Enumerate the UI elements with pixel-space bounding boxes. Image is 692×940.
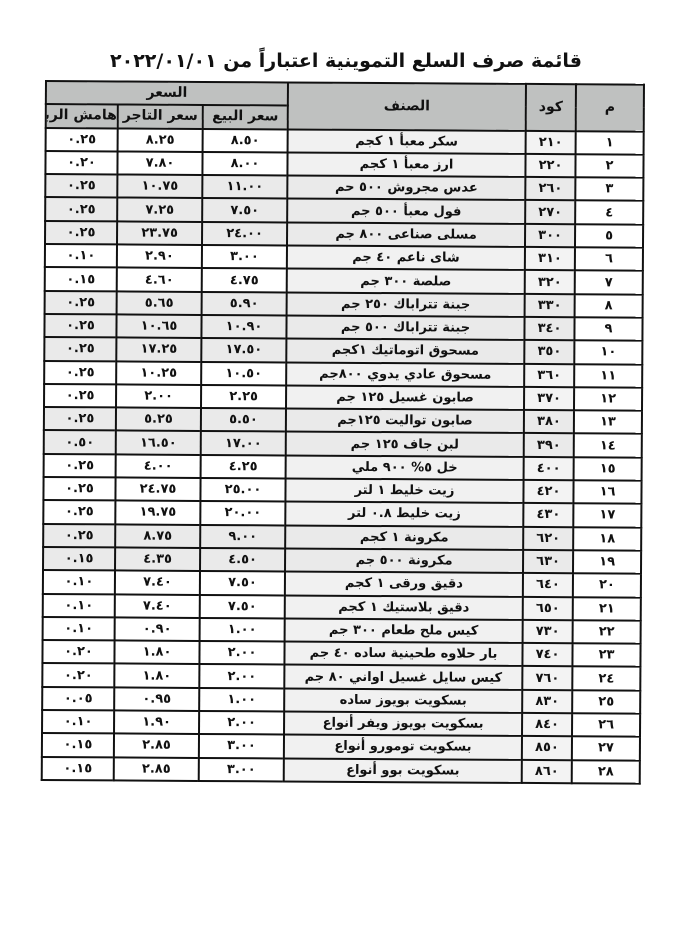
row-code: ٨٥٠	[522, 736, 572, 760]
row-trader-price: ٢.٠٠	[116, 384, 201, 408]
row-item-name: فول معبأ ٥٠٠ جم	[287, 199, 525, 224]
row-trader-price: ٤.٠٠	[116, 454, 201, 478]
row-item-name: زيت خليط ١ لتر	[285, 479, 523, 504]
row-index: ١٢	[574, 387, 642, 411]
row-index: ١٧	[573, 504, 641, 528]
row-index: ٥	[575, 224, 643, 248]
row-code: ٤٣٠	[523, 503, 573, 527]
row-index: ٤	[575, 201, 643, 225]
row-profit-margin: ٠.١٥	[45, 267, 117, 291]
row-profit-margin: ٠.٢٠	[42, 663, 114, 687]
row-profit-margin: ٠.١٠	[43, 594, 115, 618]
row-index: ٢٥	[572, 690, 640, 714]
header-index: م	[576, 84, 644, 131]
row-index: ١	[576, 131, 644, 155]
row-index: ١١	[574, 364, 642, 388]
row-item-name: مكرونة ٥٠٠ جم	[285, 548, 523, 573]
row-code: ٢١٠	[526, 131, 576, 155]
row-sell-price: ٧.٥٠	[202, 198, 287, 222]
row-trader-price: ١.٨٠	[114, 641, 199, 665]
row-trader-price: ٧.٤٠	[115, 571, 200, 595]
row-sell-price: ٢٠.٠٠	[200, 501, 285, 525]
row-item-name: بسكويت تومورو أنواع	[284, 735, 522, 760]
row-item-name: زيت خليط ٠.٨ لتر	[285, 502, 523, 527]
row-profit-margin: ٠.٢٥	[44, 361, 116, 385]
row-profit-margin: ٠.٢٥	[44, 337, 116, 361]
row-profit-margin: ٠.٢٥	[46, 128, 118, 152]
row-code: ٧٦٠	[522, 666, 572, 690]
row-code: ٣١٠	[525, 247, 575, 271]
row-sell-price: ٤.٥٠	[200, 548, 285, 572]
row-trader-price: ٧.٨٠	[117, 151, 202, 175]
row-profit-margin: ٠.٢٥	[45, 197, 117, 221]
header-trader-price: سعر التاجر	[118, 105, 203, 129]
row-code: ٢٢٠	[525, 154, 575, 178]
row-sell-price: ٢٥.٠٠	[200, 478, 285, 502]
row-trader-price: ٤.٦٠	[117, 268, 202, 292]
table-body: ١٢١٠سكر معبأ ١ كجم٨.٥٠٨.٢٥٠.٢٥٢٢٢٠ارز مع…	[42, 128, 644, 784]
row-code: ٧٤٠	[522, 643, 572, 667]
row-trader-price: ٥.٢٥	[116, 408, 201, 432]
row-sell-price: ٨.٠٠	[202, 152, 287, 176]
row-code: ٨٣٠	[522, 690, 572, 714]
row-profit-margin: ٠.١٥	[43, 547, 115, 571]
row-sell-price: ٣.٠٠	[199, 758, 284, 782]
row-trader-price: ٢.٩٠	[117, 245, 202, 269]
row-profit-margin: ٠.٢٥	[43, 477, 115, 501]
row-sell-price: ١.٠٠	[199, 688, 284, 712]
row-trader-price: ١.٩٠	[114, 710, 199, 734]
table-row: ٢٨٨٦٠بسكويت بوو أنواع٣.٠٠٢.٨٥٠.١٥	[42, 757, 640, 784]
row-index: ٢٤	[572, 667, 640, 691]
row-sell-price: ٨.٥٠	[203, 129, 288, 153]
row-item-name: لبن جاف ١٢٥ جم	[286, 432, 524, 457]
row-trader-price: ٢.٨٥	[114, 757, 199, 781]
row-item-name: دقيق ورقى ١ كجم	[285, 572, 523, 597]
row-code: ٢٧٠	[525, 200, 575, 224]
document-title: قائمة صرف السلع التموينية اعتباراً من ٢٠…	[0, 50, 692, 72]
row-code: ٣٧٠	[524, 387, 574, 411]
row-trader-price: ٢٤.٧٥	[115, 477, 200, 501]
header-code: كود	[526, 84, 576, 131]
row-profit-margin: ٠.٢٥	[43, 524, 115, 548]
row-sell-price: ١.٠٠	[200, 618, 285, 642]
row-sell-price: ٢.٢٥	[201, 385, 286, 409]
row-code: ٨٤٠	[522, 713, 572, 737]
row-profit-margin: ٠.٢٥	[44, 314, 116, 338]
row-index: ٢٨	[572, 760, 640, 784]
row-sell-price: ٧.٥٠	[200, 594, 285, 618]
row-item-name: جبنة تتراباك ٢٥٠ جم	[287, 292, 525, 317]
row-profit-margin: ٠.٢٥	[44, 384, 116, 408]
row-profit-margin: ٠.٢٥	[45, 291, 117, 315]
row-trader-price: ٢٣.٧٥	[117, 221, 202, 245]
row-trader-price: ٥.٦٥	[117, 291, 202, 315]
row-trader-price: ١٦.٥٠	[116, 431, 201, 455]
row-item-name: كيس سايل غسيل اواني ٨٠ جم	[284, 665, 522, 690]
row-item-name: بسكويت بويوز ويفر أنواع	[284, 711, 522, 736]
row-code: ٣٢٠	[525, 270, 575, 294]
row-item-name: بار حلاوه طحينية ساده ٤٠ جم	[284, 642, 522, 667]
row-index: ١٠	[574, 341, 642, 365]
row-sell-price: ٢.٠٠	[199, 711, 284, 735]
row-sell-price: ١٠.٩٠	[201, 315, 286, 339]
row-code: ٣٥٠	[524, 340, 574, 364]
row-trader-price: ٠.٩٠	[115, 617, 200, 641]
row-trader-price: ٧.٤٠	[115, 594, 200, 618]
row-item-name: مسحوق اتوماتيك ١كجم	[286, 339, 524, 364]
row-code: ٣٤٠	[524, 317, 574, 341]
row-profit-margin: ٠.٢٠	[42, 640, 114, 664]
row-trader-price: ١.٨٠	[114, 664, 199, 688]
row-code: ٨٦٠	[522, 760, 572, 784]
row-trader-price: ١٧.٢٥	[116, 338, 201, 362]
row-code: ٣٠٠	[525, 224, 575, 248]
row-trader-price: ٢.٨٥	[114, 734, 199, 758]
row-index: ٢٦	[572, 713, 640, 737]
row-index: ٢٧	[572, 737, 640, 761]
row-index: ٢٢	[573, 620, 641, 644]
row-sell-price: ٥.٥٠	[201, 408, 286, 432]
header-sell-price: سعر البيع	[203, 105, 288, 129]
row-code: ٦٥٠	[523, 596, 573, 620]
row-sell-price: ٩.٠٠	[200, 525, 285, 549]
row-index: ١٨	[573, 527, 641, 551]
row-item-name: عدس مجروش ٥٠٠ حم	[287, 176, 525, 201]
header-profit-margin: هامش الربح	[46, 104, 118, 128]
row-item-name: صابون غسيل ١٢٥ جم	[286, 385, 524, 410]
row-code: ٤٢٠	[523, 480, 573, 504]
row-sell-price: ٢.٠٠	[199, 664, 284, 688]
row-code: ٢٦٠	[525, 177, 575, 201]
row-profit-margin: ٠.٠٥	[42, 687, 114, 711]
row-profit-margin: ٠.٢٠	[45, 151, 117, 175]
row-index: ١٥	[574, 457, 642, 481]
row-code: ٦٢٠	[523, 527, 573, 551]
row-sell-price: ٢٤.٠٠	[202, 222, 287, 246]
row-trader-price: ٤.٣٥	[115, 547, 200, 571]
row-sell-price: ٣.٠٠	[199, 734, 284, 758]
row-sell-price: ١٧.٠٠	[201, 431, 286, 455]
row-index: ١٣	[574, 410, 642, 434]
row-sell-price: ١٧.٥٠	[201, 338, 286, 362]
row-trader-price: ١٠.٦٥	[116, 314, 201, 338]
row-profit-margin: ٠.١٠	[43, 570, 115, 594]
row-profit-margin: ٠.٥٠	[44, 430, 116, 454]
row-profit-margin: ٠.١٠	[43, 617, 115, 641]
row-trader-price: ٨.٧٥	[115, 524, 200, 548]
row-profit-margin: ٠.١٠	[42, 710, 114, 734]
row-profit-margin: ٠.٢٥	[43, 500, 115, 524]
row-code: ٦٣٠	[523, 550, 573, 574]
row-item-name: بسكويت بويوز ساده	[284, 688, 522, 713]
row-item-name: مسحوق عادي يدوي ٨٠٠جم	[286, 362, 524, 387]
row-code: ٣٣٠	[525, 294, 575, 318]
header-price-group: السعر	[46, 81, 288, 106]
row-profit-margin: ٠.١٠	[45, 244, 117, 268]
row-code: ٤٠٠	[524, 457, 574, 481]
row-trader-price: ٨.٢٥	[118, 128, 203, 152]
row-item-name: كيس ملح طعام ٣٠٠ جم	[285, 618, 523, 643]
row-sell-price: ٢.٠٠	[199, 641, 284, 665]
row-profit-margin: ٠.٢٥	[45, 174, 117, 198]
row-trader-price: ٠.٩٥	[114, 687, 199, 711]
row-code: ٣٨٠	[524, 410, 574, 434]
row-index: ٧	[575, 271, 643, 295]
row-index: ٢٠	[573, 573, 641, 597]
row-item-name: مكرونة ١ كجم	[285, 525, 523, 550]
row-code: ٣٦٠	[524, 363, 574, 387]
row-item-name: خل ٥% ٩٠٠ ملي	[286, 455, 524, 480]
row-index: ٩	[574, 317, 642, 341]
row-index: ١٦	[573, 480, 641, 504]
row-item-name: بسكويت بوو أنواع	[284, 758, 522, 783]
row-trader-price: ١٠.٧٥	[117, 175, 202, 199]
row-code: ٧٣٠	[523, 620, 573, 644]
row-profit-margin: ٠.٢٥	[44, 454, 116, 478]
row-index: ٨	[575, 294, 643, 318]
row-sell-price: ٧.٥٠	[200, 571, 285, 595]
row-sell-price: ٣.٠٠	[202, 245, 287, 269]
row-item-name: جبنة تتراباك ٥٠٠ جم	[286, 315, 524, 340]
row-profit-margin: ٠.١٥	[42, 733, 114, 757]
row-sell-price: ١٠.٥٠	[201, 362, 286, 386]
row-trader-price: ١٩.٧٥	[115, 501, 200, 525]
row-index: ٢٣	[572, 643, 640, 667]
row-code: ٣٩٠	[524, 433, 574, 457]
header-item: الصنف	[288, 82, 526, 130]
row-index: ١٤	[574, 434, 642, 458]
row-sell-price: ٥.٩٠	[202, 292, 287, 316]
row-item-name: دقيق بلاستيك ١ كجم	[285, 595, 523, 620]
row-index: ١٩	[573, 550, 641, 574]
row-item-name: صابون تواليت ١٢٥جم	[286, 409, 524, 434]
row-index: ٢	[575, 154, 643, 178]
row-sell-price: ٤.٢٥	[201, 455, 286, 479]
row-item-name: صلصة ٣٠٠ جم	[287, 269, 525, 294]
row-item-name: مسلى صناعى ٨٠٠ جم	[287, 222, 525, 247]
row-profit-margin: ٠.٢٥	[45, 221, 117, 245]
row-index: ٣	[575, 177, 643, 201]
row-index: ٢١	[573, 597, 641, 621]
row-profit-margin: ٠.٢٥	[44, 407, 116, 431]
row-sell-price: ١١.٠٠	[202, 175, 287, 199]
row-trader-price: ١٠.٢٥	[116, 361, 201, 385]
row-item-name: سكر معبأ ١ كجم	[288, 129, 526, 154]
row-code: ٦٤٠	[523, 573, 573, 597]
row-trader-price: ٧.٢٥	[117, 198, 202, 222]
row-index: ٦	[575, 247, 643, 271]
row-item-name: ارز معبأ ١ كجم	[287, 152, 525, 177]
row-item-name: شاى ناعم ٤٠ جم	[287, 246, 525, 271]
price-table: م كود الصنف السعر سعر البيع سعر التاجر ه…	[41, 80, 645, 785]
row-profit-margin: ٠.١٥	[42, 757, 114, 781]
row-sell-price: ٤.٧٥	[202, 268, 287, 292]
